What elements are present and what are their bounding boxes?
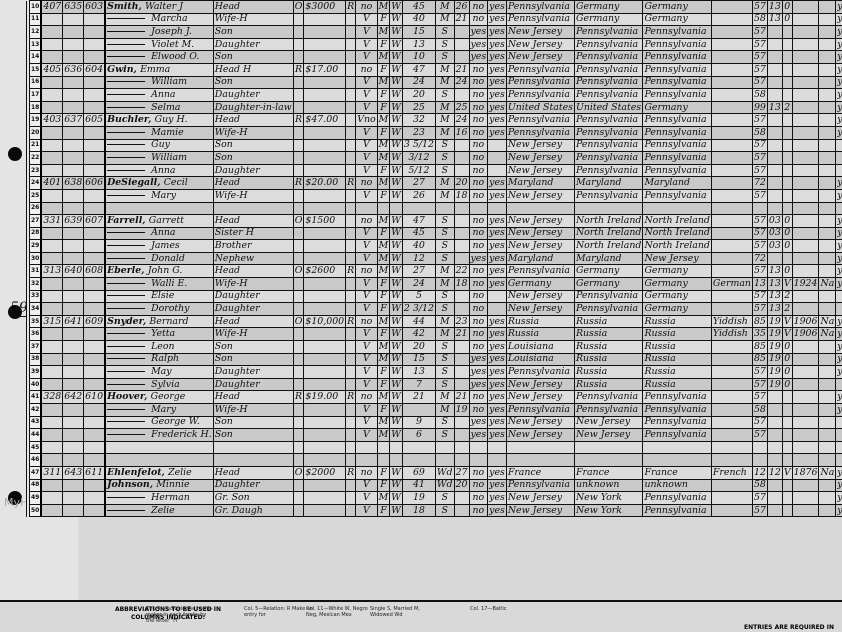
code-a-cell: 57 <box>752 139 767 152</box>
table-row: 37LeonSonVMW20SnoyesLouisianaRussiaRussi… <box>27 341 842 354</box>
code-b-cell: 19 <box>767 366 782 379</box>
race-cell: W <box>390 76 403 89</box>
age-cell: 18 <box>402 504 435 517</box>
radio-set-cell <box>346 26 356 39</box>
naturalization-cell <box>819 63 836 76</box>
naturalization-cell <box>819 114 836 127</box>
race-cell: W <box>390 189 403 202</box>
birthplace-cell: Pennsylvania <box>506 479 574 492</box>
relation-cell: Son <box>213 51 293 64</box>
line-number-cell: 23 <box>30 164 42 177</box>
house-number-cell <box>41 492 62 505</box>
home-tenure-cell: O <box>293 1 304 14</box>
code-b-cell <box>767 76 782 89</box>
speaks-english-cell: yes <box>836 215 842 228</box>
ditto-dash <box>107 409 145 410</box>
table-row: 34DorothyDaughterVFW2 3/12SnoNew JerseyP… <box>27 303 842 316</box>
family-number-cell <box>84 13 105 26</box>
age-at-marriage-cell: 25 <box>454 101 469 114</box>
farm-cell: V <box>356 76 377 89</box>
speaks-english-cell <box>836 139 842 152</box>
sex-cell <box>377 454 390 467</box>
race-cell: W <box>390 404 403 417</box>
home-tenure-cell: R <box>293 63 304 76</box>
home-tenure-cell: O <box>293 315 304 328</box>
speaks-english-cell: yes <box>836 26 842 39</box>
relation-cell: Nephew <box>213 252 293 265</box>
home-value-cell <box>304 290 346 303</box>
school-attendance-cell: yes <box>469 252 488 265</box>
father-birthplace-cell: New York <box>574 504 642 517</box>
table-row: 48Johnson, MinnieDaughterVFW41Wd20noyesP… <box>27 479 842 492</box>
line-number-cell: 49 <box>30 492 42 505</box>
table-row: 36YettaWife-HVFW42M21noyesRussiaRussiaRu… <box>27 328 842 341</box>
school-attendance-cell: no <box>469 126 488 139</box>
given-name: Donald <box>151 253 185 264</box>
home-tenure-cell <box>293 89 304 102</box>
birthplace-cell: New Jersey <box>506 152 574 165</box>
code-b-cell: 19 <box>767 378 782 391</box>
relation-cell <box>213 202 293 215</box>
code-c-cell <box>782 126 792 139</box>
mother-birthplace-cell: Russia <box>643 341 711 354</box>
radio-set-cell <box>346 76 356 89</box>
farm-cell: V <box>356 378 377 391</box>
farm-cell: V <box>356 152 377 165</box>
code-c-cell <box>782 416 792 429</box>
code-c-cell <box>782 114 792 127</box>
code-c-cell: V <box>782 278 792 291</box>
family-number-cell: 609 <box>84 315 105 328</box>
footer-note-col11: Col. 11—White W, Negro Neg, Mexican Mex <box>306 606 376 618</box>
family-number-cell <box>84 341 105 354</box>
relation-cell: Wife-H <box>213 404 293 417</box>
age-at-marriage-cell <box>454 215 469 228</box>
speaks-english-cell <box>836 454 842 467</box>
immigration-year-cell <box>792 391 819 404</box>
marital-status-cell: S <box>435 429 454 442</box>
naturalization-cell <box>819 378 836 391</box>
table-row: 21GuySonVMW3 5/12SnoNew JerseyPennsylvan… <box>27 139 842 152</box>
relation-cell: Head <box>213 315 293 328</box>
table-row: 28AnnaSister HVFW45SnoyesNew JerseyNorth… <box>27 227 842 240</box>
can-read-cell: yes <box>488 177 507 190</box>
family-number-cell <box>84 51 105 64</box>
radio-set-cell <box>346 152 356 165</box>
radio-set-cell: R <box>346 1 356 14</box>
sex-cell: F <box>377 13 390 26</box>
race-cell: W <box>390 1 403 14</box>
speaks-english-cell: yes <box>836 252 842 265</box>
code-a-cell: 13 <box>752 278 767 291</box>
farm-cell: V <box>356 240 377 253</box>
age-at-marriage-cell: 18 <box>454 278 469 291</box>
naturalization-cell: Na <box>819 315 836 328</box>
naturalization-cell <box>819 51 836 64</box>
age-at-marriage-cell <box>454 416 469 429</box>
can-read-cell: yes <box>488 265 507 278</box>
sex-cell: M <box>377 391 390 404</box>
family-number-cell <box>84 353 105 366</box>
relation-cell: Head <box>213 114 293 127</box>
person-name-cell: Joseph J. <box>105 26 213 39</box>
ditto-dash <box>107 434 145 435</box>
home-value-cell <box>304 38 346 51</box>
birthplace-cell: Pennsylvania <box>506 404 574 417</box>
race-cell: W <box>390 479 403 492</box>
home-tenure-cell <box>293 51 304 64</box>
naturalization-cell <box>819 126 836 139</box>
can-read-cell <box>488 164 507 177</box>
code-c-cell <box>782 189 792 202</box>
given-name: Walli E. <box>151 278 187 289</box>
code-b-cell: 19 <box>767 353 782 366</box>
school-attendance-cell: no <box>469 504 488 517</box>
ditto-dash <box>107 384 145 385</box>
code-c-cell: 2 <box>782 101 792 114</box>
father-birthplace-cell: New York <box>574 492 642 505</box>
person-name-cell <box>105 441 213 454</box>
home-value-cell <box>304 202 346 215</box>
table-row: 44Frederick H.SonVMW6SyesyesNew JerseyNe… <box>27 429 842 442</box>
school-attendance-cell: no <box>469 13 488 26</box>
immigration-year-cell: 1906 <box>792 315 819 328</box>
code-b-cell: 13 <box>767 101 782 114</box>
birthplace-cell: New Jersey <box>506 504 574 517</box>
father-birthplace-cell: Pennsylvania <box>574 63 642 76</box>
mother-birthplace-cell: Pennsylvania <box>643 504 711 517</box>
mother-tongue-cell <box>711 341 752 354</box>
speaks-english-cell <box>836 303 842 316</box>
sex-cell: F <box>377 328 390 341</box>
surname: Buchler, <box>107 114 155 125</box>
table-row: 46 <box>27 454 842 467</box>
radio-set-cell <box>346 101 356 114</box>
naturalization-cell <box>819 404 836 417</box>
family-number-cell <box>84 139 105 152</box>
family-number-cell: 603 <box>84 1 105 14</box>
speaks-english-cell: yes <box>836 328 842 341</box>
home-tenure-cell <box>293 328 304 341</box>
house-number-cell: 403 <box>41 114 62 127</box>
code-b-cell <box>767 38 782 51</box>
naturalization-cell <box>819 139 836 152</box>
radio-set-cell <box>346 404 356 417</box>
line-number-cell: 10 <box>30 1 42 14</box>
mother-tongue-cell <box>711 38 752 51</box>
immigration-year-cell <box>792 189 819 202</box>
mother-birthplace-cell: Germany <box>643 13 711 26</box>
ditto-dash <box>107 195 145 196</box>
relation-cell: Sister H <box>213 227 293 240</box>
naturalization-cell <box>819 26 836 39</box>
house-number-cell <box>41 366 62 379</box>
age-at-marriage-cell <box>454 38 469 51</box>
school-attendance-cell: yes <box>469 51 488 64</box>
race-cell: W <box>390 416 403 429</box>
mother-birthplace-cell: Pennsylvania <box>643 416 711 429</box>
home-tenure-cell <box>293 479 304 492</box>
radio-set-cell <box>346 353 356 366</box>
relation-cell: Daughter <box>213 479 293 492</box>
surname: Johnson, <box>107 479 156 490</box>
table-row: 25MaryWife-HVFW26M18noyesNew JerseyPenns… <box>27 189 842 202</box>
person-name-cell: Johnson, Minnie <box>105 479 213 492</box>
immigration-year-cell: 1924 <box>792 278 819 291</box>
naturalization-cell <box>819 76 836 89</box>
age-at-marriage-cell: 27 <box>454 466 469 479</box>
family-number-cell <box>84 378 105 391</box>
age-at-marriage-cell <box>454 429 469 442</box>
sex-cell: M <box>377 26 390 39</box>
home-tenure-cell <box>293 202 304 215</box>
mother-birthplace-cell: Germany <box>643 290 711 303</box>
table-row: 24401638606DeSiegall, CecilHeadR$20.00Rn… <box>27 177 842 190</box>
radio-set-cell <box>346 303 356 316</box>
ditto-dash <box>107 18 145 19</box>
given-name: Guy <box>151 139 170 150</box>
code-b-cell <box>767 404 782 417</box>
farm-cell: no <box>356 466 377 479</box>
family-number-cell: 605 <box>84 114 105 127</box>
given-name: Mary <box>151 404 176 415</box>
house-number-cell: 313 <box>41 265 62 278</box>
table-row: 27331639607Farrell, GarrettHeadO$1500noM… <box>27 215 842 228</box>
table-row: 43George W.SonVMW9SyesyesNew JerseyNew J… <box>27 416 842 429</box>
birthplace-cell: Pennsylvania <box>506 89 574 102</box>
marital-status-cell <box>435 202 454 215</box>
relation-cell: Daughter <box>213 290 293 303</box>
mother-tongue-cell <box>711 76 752 89</box>
age-cell: 45 <box>402 227 435 240</box>
mother-tongue-cell: Yiddish <box>711 315 752 328</box>
radio-set-cell <box>346 63 356 76</box>
census-table: 10407635603Smith, Walter JHeadO$3000RnoM… <box>26 0 842 517</box>
race-cell: W <box>390 51 403 64</box>
mother-birthplace-cell: Russia <box>643 328 711 341</box>
family-number-cell <box>84 303 105 316</box>
ditto-dash <box>107 295 145 296</box>
speaks-english-cell: yes <box>836 353 842 366</box>
given-name: May <box>151 366 172 377</box>
school-attendance-cell: no <box>469 152 488 165</box>
relation-cell: Wife-H <box>213 13 293 26</box>
person-name-cell: Snyder, Bernard <box>105 315 213 328</box>
dwelling-number-cell: 639 <box>63 215 84 228</box>
speaks-english-cell <box>836 152 842 165</box>
house-number-cell: 328 <box>41 391 62 404</box>
school-attendance-cell: no <box>469 177 488 190</box>
father-birthplace-cell: Pennsylvania <box>574 51 642 64</box>
immigration-year-cell: 1876 <box>792 466 819 479</box>
race-cell: W <box>390 139 403 152</box>
radio-set-cell <box>346 454 356 467</box>
person-name-cell: Anna <box>105 89 213 102</box>
age-at-marriage-cell <box>454 378 469 391</box>
family-number-cell <box>84 252 105 265</box>
birthplace-cell: Louisiana <box>506 341 574 354</box>
person-name-cell: Yetta <box>105 328 213 341</box>
person-name-cell: Violet M. <box>105 38 213 51</box>
farm-cell: V <box>356 479 377 492</box>
dwelling-number-cell <box>63 227 84 240</box>
home-value-cell <box>304 101 346 114</box>
farm-cell: V <box>356 13 377 26</box>
sex-cell: M <box>377 429 390 442</box>
father-birthplace-cell: Pennsylvania <box>574 290 642 303</box>
birthplace-cell: New Jersey <box>506 38 574 51</box>
line-number-cell: 14 <box>30 51 42 64</box>
sex-cell: M <box>377 152 390 165</box>
sex-cell: M <box>377 76 390 89</box>
age-at-marriage-cell: 21 <box>454 13 469 26</box>
father-birthplace-cell: Russia <box>574 366 642 379</box>
immigration-year-cell <box>792 26 819 39</box>
given-name: Ralph <box>151 353 179 364</box>
relation-cell: Head <box>213 177 293 190</box>
code-b-cell: 13 <box>767 265 782 278</box>
table-row: 38RalphSonVMW15SyesyesLouisianaRussiaRus… <box>27 353 842 366</box>
speaks-english-cell: yes <box>836 38 842 51</box>
home-value-cell <box>304 126 346 139</box>
code-c-cell <box>782 76 792 89</box>
mother-birthplace-cell: Pennsylvania <box>643 38 711 51</box>
sex-cell: F <box>377 126 390 139</box>
code-b-cell: 12 <box>767 466 782 479</box>
radio-set-cell: R <box>346 315 356 328</box>
home-tenure-cell <box>293 189 304 202</box>
can-read-cell: yes <box>488 189 507 202</box>
speaks-english-cell: yes <box>836 177 842 190</box>
code-a-cell: 58 <box>752 404 767 417</box>
code-c-cell <box>782 479 792 492</box>
house-number-cell <box>41 202 62 215</box>
home-value-cell <box>304 353 346 366</box>
farm-cell: V <box>356 51 377 64</box>
given-name: Joseph J. <box>151 26 192 37</box>
marital-status-cell: S <box>435 227 454 240</box>
age-cell <box>402 404 435 417</box>
can-read-cell <box>488 441 507 454</box>
mother-birthplace-cell: Pennsylvania <box>643 391 711 404</box>
footer-note-col4: Col. 4—Indicate the home-maker in each f… <box>146 606 216 624</box>
person-name-cell: Zelie <box>105 504 213 517</box>
ditto-dash <box>107 333 145 334</box>
punch-hole <box>8 147 22 161</box>
given-name: Anna <box>151 165 175 176</box>
age-cell <box>402 441 435 454</box>
person-name-cell: Hoover, George <box>105 391 213 404</box>
home-value-cell <box>304 152 346 165</box>
sex-cell: M <box>377 315 390 328</box>
family-number-cell <box>84 328 105 341</box>
birthplace-cell: Pennsylvania <box>506 1 574 14</box>
speaks-english-cell <box>836 378 842 391</box>
ditto-dash <box>107 497 145 498</box>
code-b-cell: 19 <box>767 341 782 354</box>
naturalization-cell: Na <box>819 466 836 479</box>
farm-cell: V <box>356 416 377 429</box>
age-at-marriage-cell <box>454 240 469 253</box>
father-birthplace-cell: Maryland <box>574 252 642 265</box>
radio-set-cell <box>346 479 356 492</box>
relation-cell: Brother <box>213 240 293 253</box>
immigration-year-cell <box>792 76 819 89</box>
house-number-cell <box>41 429 62 442</box>
line-number-cell: 26 <box>30 202 42 215</box>
mother-tongue-cell <box>711 101 752 114</box>
mother-birthplace-cell: Pennsylvania <box>643 126 711 139</box>
line-number-cell: 24 <box>30 177 42 190</box>
mother-birthplace-cell: Pennsylvania <box>643 51 711 64</box>
race-cell: W <box>390 164 403 177</box>
line-number-cell: 12 <box>30 26 42 39</box>
birthplace-cell: Germany <box>506 278 574 291</box>
age-cell: 32 <box>402 114 435 127</box>
sex-cell: F <box>377 504 390 517</box>
code-a-cell: 57 <box>752 51 767 64</box>
race-cell: W <box>390 290 403 303</box>
code-c-cell <box>782 38 792 51</box>
code-c-cell <box>782 139 792 152</box>
code-b-cell <box>767 63 782 76</box>
home-tenure-cell <box>293 139 304 152</box>
mother-birthplace-cell: Pennsylvania <box>643 164 711 177</box>
sex-cell: F <box>377 466 390 479</box>
code-b-cell <box>767 416 782 429</box>
table-row: 12Joseph J.SonVMW15SyesyesNew JerseyPenn… <box>27 26 842 39</box>
code-a-cell: 57 <box>752 189 767 202</box>
radio-set-cell <box>346 504 356 517</box>
age-cell: 5 <box>402 290 435 303</box>
dwelling-number-cell: 643 <box>63 466 84 479</box>
naturalization-cell <box>819 215 836 228</box>
school-attendance-cell: no <box>469 76 488 89</box>
marital-status-cell: S <box>435 38 454 51</box>
father-birthplace-cell: Pennsylvania <box>574 189 642 202</box>
surname: Eberle, <box>107 265 148 276</box>
person-name-cell: George W. <box>105 416 213 429</box>
dwelling-number-cell <box>63 278 84 291</box>
dwelling-number-cell: 636 <box>63 63 84 76</box>
age-cell: 5/12 <box>402 164 435 177</box>
school-attendance-cell: yes <box>469 366 488 379</box>
table-row: 16WilliamSonVMW24M24noyesPennsylvaniaPen… <box>27 76 842 89</box>
mother-tongue-cell <box>711 152 752 165</box>
line-number-cell: 45 <box>30 441 42 454</box>
ditto-dash <box>107 44 145 45</box>
race-cell: W <box>390 101 403 114</box>
person-name-cell: Frederick H. <box>105 429 213 442</box>
code-c-cell: 0 <box>782 265 792 278</box>
marital-status-cell: M <box>435 328 454 341</box>
marital-status-cell: S <box>435 240 454 253</box>
home-tenure-cell <box>293 378 304 391</box>
mother-tongue-cell <box>711 13 752 26</box>
relation-cell: Daughter <box>213 366 293 379</box>
age-at-marriage-cell: 24 <box>454 76 469 89</box>
race-cell: W <box>390 215 403 228</box>
person-name-cell: Sylvia <box>105 378 213 391</box>
naturalization-cell <box>819 189 836 202</box>
school-attendance-cell <box>469 454 488 467</box>
surname: Snyder, <box>107 316 149 327</box>
birthplace-cell: Russia <box>506 328 574 341</box>
code-b-cell: 19 <box>767 315 782 328</box>
home-value-cell <box>304 189 346 202</box>
naturalization-cell <box>819 441 836 454</box>
family-number-cell <box>84 240 105 253</box>
